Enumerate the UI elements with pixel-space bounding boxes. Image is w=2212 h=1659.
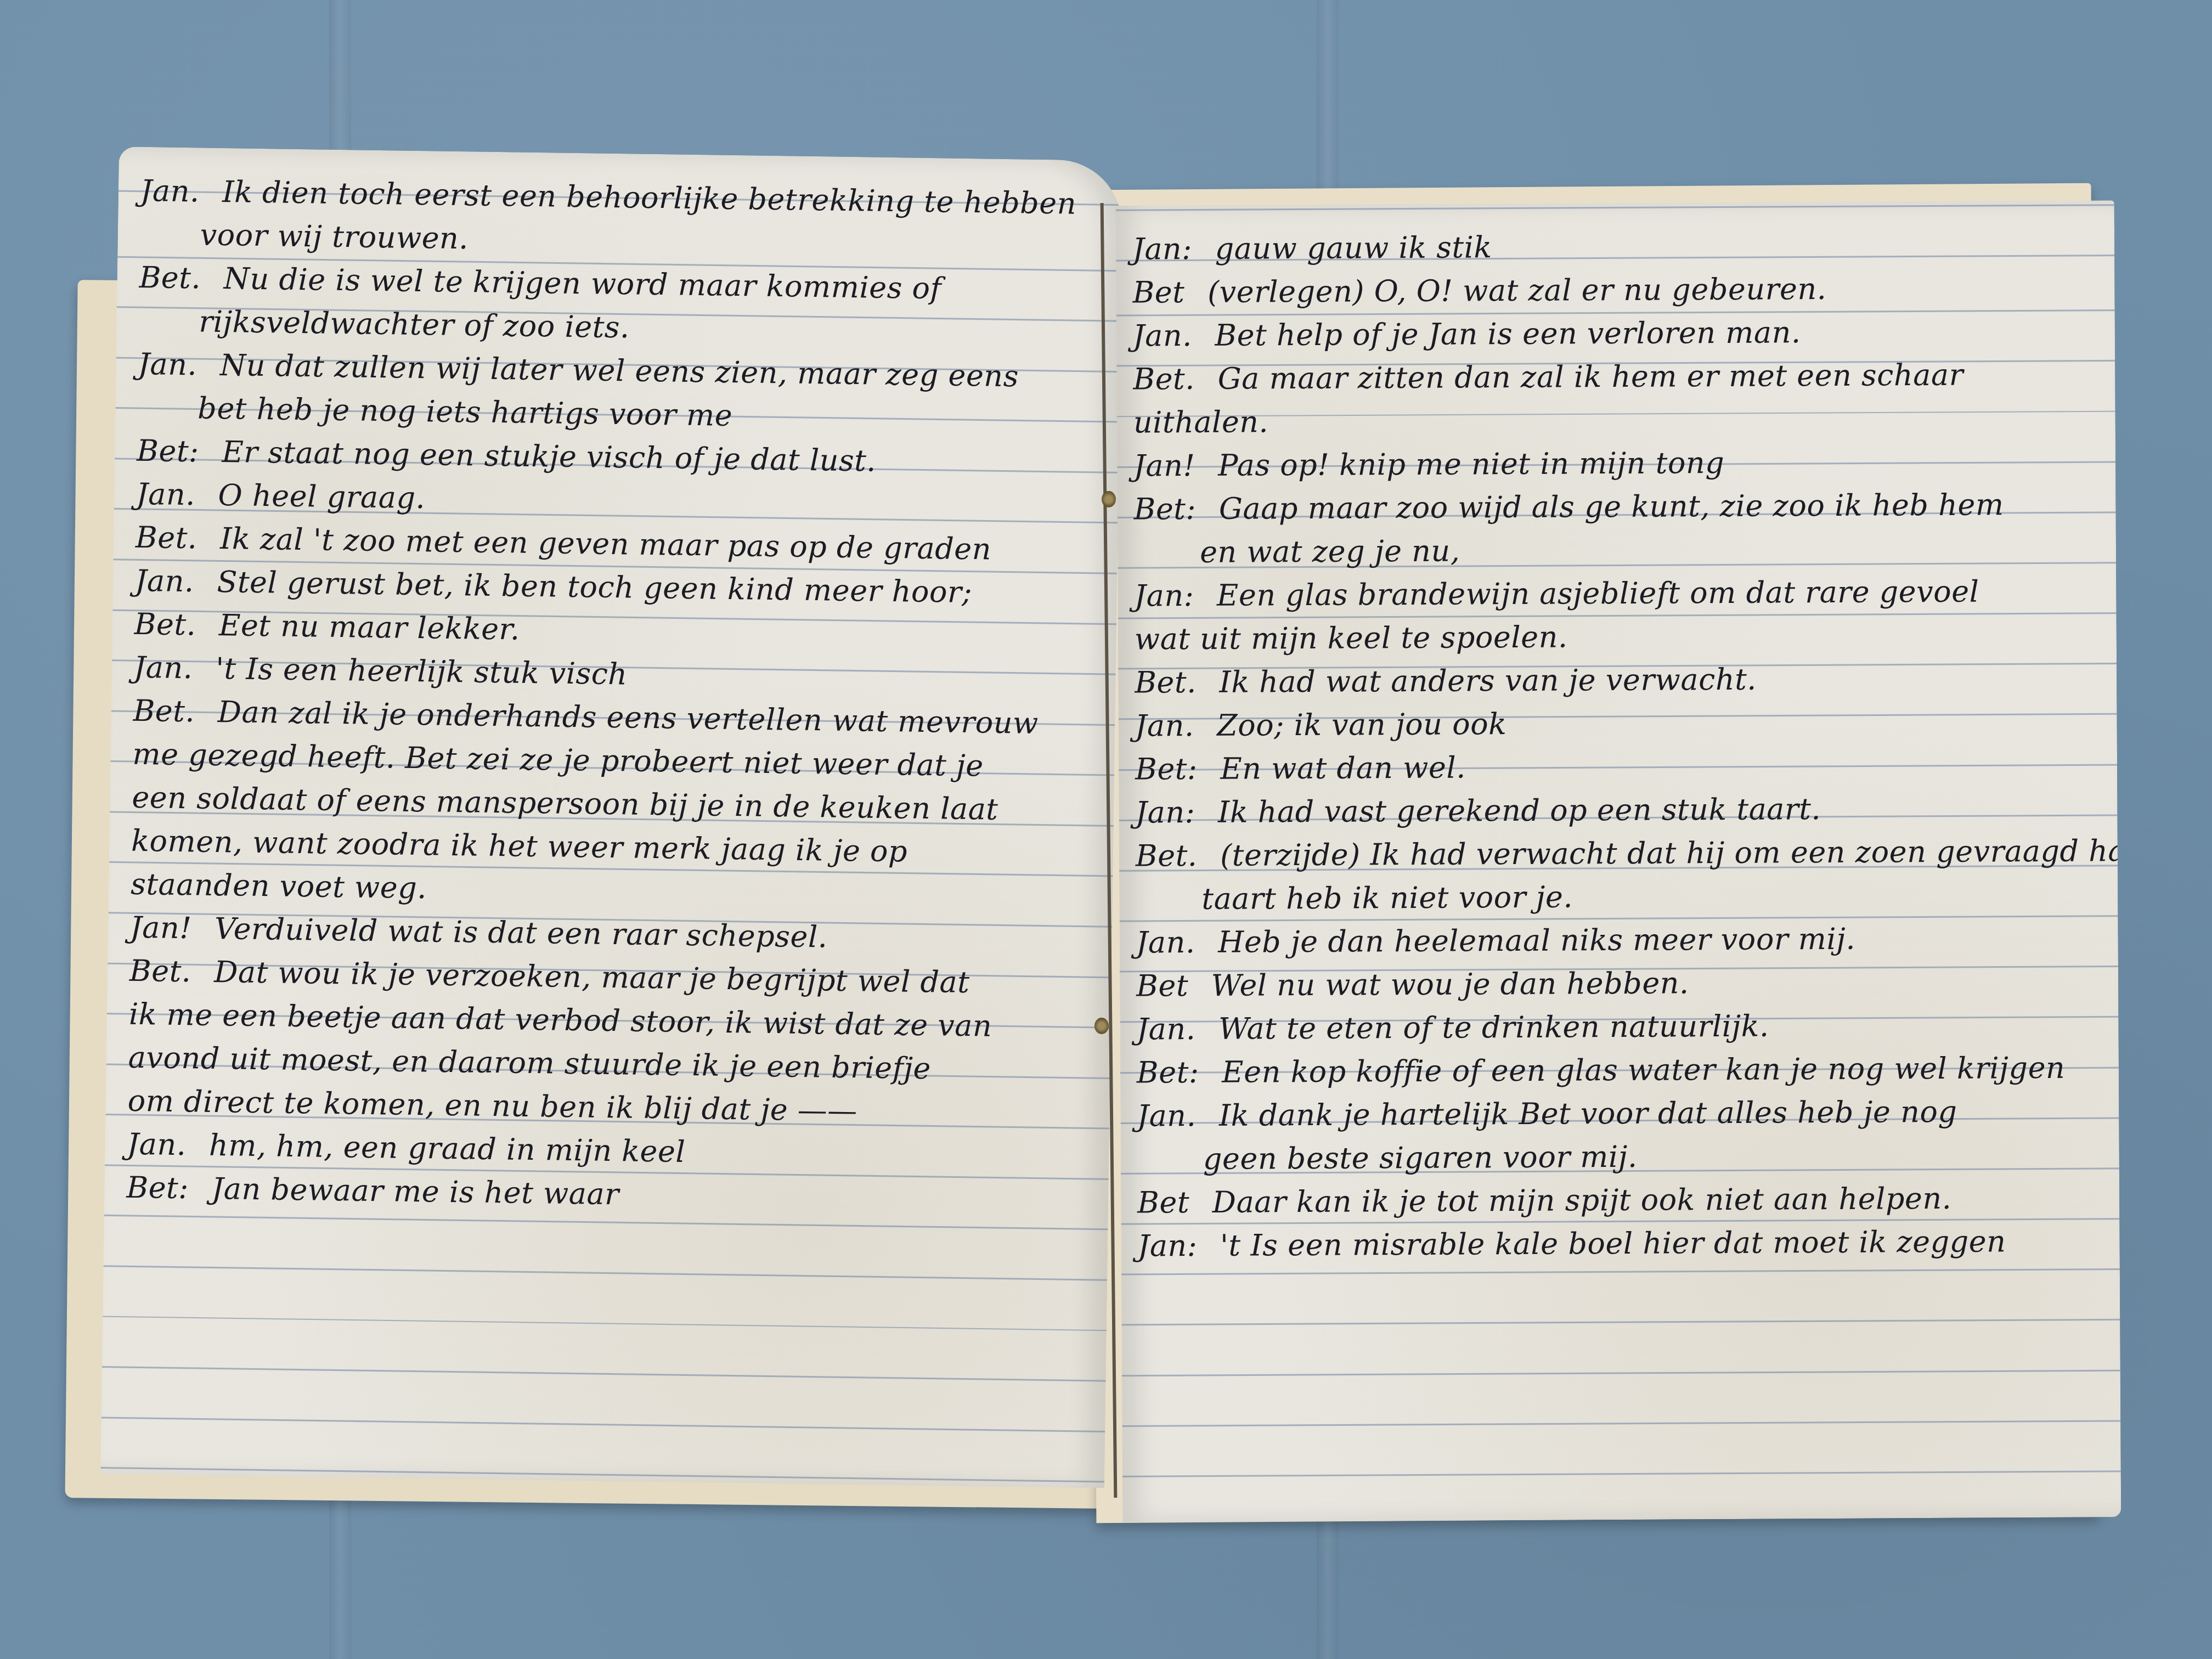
dialogue-text: rijksveldwachter of zoo iets.: [199, 304, 630, 345]
right-page: Jan: gauw gauw ik stik Bet (verlegen) O,…: [1116, 200, 2121, 1522]
speaker-label: Jan!: [1133, 448, 1195, 483]
handwritten-line: Bet: Gaap maar zoo wijd als ge kunt, zie…: [1117, 482, 2115, 531]
dialogue-text: een soldaat of eens manspersoon bij je i…: [132, 780, 998, 827]
dialogue-text: 't Is een misrable kale boel hier dat mo…: [1220, 1224, 2006, 1262]
dialogue-text: om direct te komen, en nu ben ik blij da…: [127, 1084, 857, 1128]
dialogue-text: staanden voet weg.: [131, 867, 427, 906]
speaker-label: Jan.: [140, 173, 200, 208]
handwritten-line: Bet. (terzijde) Ik had verwacht dat hij …: [1119, 829, 2118, 878]
dialogue-text: bet heb je nog iets hartigs voor me: [198, 391, 733, 433]
dialogue-text: Ik dien toch eerst een behoorlijke betre…: [222, 174, 1077, 221]
handwritten-line: geen beste sigaren voor mij.: [1121, 1132, 2119, 1181]
left-page-text: Jan. Ik dien toch eerst een behoorlijke …: [104, 168, 1122, 1222]
dialogue-text: uithalen.: [1133, 404, 1269, 439]
speaker-label: Bet.: [1136, 838, 1198, 873]
handwritten-line: Jan. Wat te eten of te drinken natuurlij…: [1120, 1002, 2118, 1051]
handwritten-line: Bet Wel nu wat wou je dan hebben.: [1120, 959, 2118, 1008]
handwritten-line: en wat zeg je nu,: [1118, 526, 2116, 574]
speaker-label: Jan.: [1136, 925, 1195, 960]
speaker-label: Bet:: [126, 1170, 189, 1206]
dialogue-text: Wel nu wat wou je dan hebben.: [1211, 966, 1689, 1003]
speaker-label: Jan.: [1136, 1012, 1195, 1047]
dialogue-text: Pas op! knip me niet in mijn tong: [1218, 445, 1724, 483]
speaker-label: Jan!: [130, 910, 192, 946]
dialogue-text: Zoo; ik van jou ook: [1217, 707, 1506, 743]
speaker-label: Bet.: [134, 607, 196, 642]
dialogue-text: Ik dank je hartelijk Bet voor dat alles …: [1219, 1094, 1957, 1133]
dialogue-text: avond uit moest, en daarom stuurde ik je…: [128, 1040, 931, 1086]
handwritten-line: Bet. Ik had wat anders van je verwacht.: [1118, 656, 2117, 704]
speaker-label: Bet.: [1135, 665, 1197, 700]
dialogue-text: (verlegen) O, O! wat zal er nu gebeuren.: [1207, 272, 1827, 309]
handwritten-line: Jan. Ik dank je hartelijk Bet voor dat a…: [1120, 1089, 2119, 1138]
handwritten-line: Jan! Pas op! knip me niet in mijn tong: [1117, 439, 2115, 488]
speaker-label: Jan.: [127, 1127, 187, 1162]
handwritten-line: Jan: Ik had vast gerekend op een stuk ta…: [1119, 786, 2117, 834]
speaker-label: Jan.: [136, 477, 196, 512]
dialogue-text: geen beste sigaren voor mij.: [1203, 1139, 1638, 1176]
handwritten-line: taart heb ik niet voor je.: [1119, 872, 2118, 921]
dialogue-text: Ik had wat anders van je verwacht.: [1219, 662, 1757, 699]
speaker-label: Jan.: [135, 563, 195, 599]
dialogue-text: Wat te eten of te drinken natuurlijk.: [1218, 1009, 1769, 1046]
speaker-label: Bet: [1132, 275, 1184, 309]
dialogue-text: me gezegd heeft. Bet zei ze je probeert …: [132, 737, 984, 783]
dialogue-text: ik me een beetje aan dat verbod stoor, i…: [128, 997, 992, 1043]
speaker-label: Bet.: [1133, 362, 1195, 397]
dialogue-text: 't Is een heerlijk stuk visch: [216, 651, 628, 691]
dialogue-text: komen, want zoodra ik het weer merk jaag…: [131, 823, 908, 869]
dialogue-text: Jan bewaar me is het waar: [211, 1171, 619, 1211]
speaker-label: Bet:: [1133, 492, 1196, 527]
handwritten-line: Jan. Zoo; ik van jou ook: [1118, 699, 2117, 748]
dialogue-text: Verduiveld wat is dat een raar schepsel.: [215, 911, 828, 955]
speaker-label: Bet:: [1137, 1055, 1199, 1090]
speaker-label: Bet.: [129, 953, 191, 989]
dialogue-text: Dan zal ik je onderhands eens vertellen …: [217, 695, 1039, 741]
dialogue-text: Daar kan ik je tot mijn spijt ook niet a…: [1212, 1181, 1952, 1220]
dialogue-text: Een glas brandewijn asjeblieft om dat ra…: [1217, 574, 1979, 613]
handwritten-line: Bet (verlegen) O, O! wat zal er nu gebeu…: [1116, 266, 2114, 314]
handwritten-line: Bet: En wat dan wel.: [1119, 742, 2117, 791]
dialogue-text: (terzijde) Ik had verwacht dat hij om ee…: [1220, 833, 2121, 873]
handwritten-line: Jan: gauw gauw ik stik: [1116, 222, 2114, 271]
dialogue-text: Ga maar zitten dan zal ik hem er met een…: [1217, 358, 1963, 396]
handwritten-line: Jan. Bet help of je Jan is een verloren …: [1116, 309, 2115, 358]
dialogue-text: Heb je dan heelemaal niks meer voor mij.: [1218, 922, 1855, 960]
speaker-label: Bet:: [137, 433, 199, 469]
speaker-label: Bet.: [136, 520, 198, 556]
dialogue-text: Ik had vast gerekend op een stuk taart.: [1218, 792, 1821, 830]
speaker-label: Jan:: [1132, 232, 1192, 267]
handwritten-line: Jan: Een glas brandewijn asjeblieft om d…: [1118, 569, 2116, 618]
dialogue-text: O heel graag.: [218, 478, 425, 515]
staple: [1102, 491, 1116, 507]
dialogue-text: Nu dat zullen wij later wel eens zien, m…: [219, 348, 1019, 393]
speaker-label: Jan:: [1137, 1228, 1197, 1263]
speaker-label: Jan.: [1135, 708, 1194, 743]
dialogue-text: wat uit mijn keel te spoelen.: [1135, 619, 1568, 656]
staple: [1094, 1018, 1109, 1034]
handwritten-line: Bet. Ga maar zitten dan zal ik hem er me…: [1116, 352, 2115, 401]
speaker-label: Jan.: [138, 347, 198, 382]
speaker-label: Bet:: [1135, 752, 1198, 787]
dialogue-text: gauw gauw ik stik: [1215, 230, 1492, 266]
speaker-label: Jan:: [1134, 578, 1194, 613]
speaker-label: Bet: [1136, 968, 1188, 1003]
dialogue-text: En wat dan wel.: [1220, 750, 1466, 786]
handwritten-line: uithalen.: [1117, 396, 2115, 444]
handwritten-line: Bet: Een kop koffie of een glas water ka…: [1120, 1046, 2119, 1094]
handwritten-line: Bet Daar kan ik je tot mijn spijt ook ni…: [1121, 1176, 2119, 1224]
speaker-label: Jan.: [133, 650, 193, 685]
dialogue-text: Dat wou ik je verzoeken, maar je begrijp…: [214, 955, 970, 1000]
dialogue-text: Er staat nog een stukje visch of je dat …: [222, 435, 876, 478]
speaker-label: Bet: [1137, 1185, 1189, 1220]
speaker-label: Bet.: [139, 260, 201, 296]
dialogue-text: Stel gerust bet, ik ben toch geen kind m…: [217, 565, 972, 610]
handwritten-line: Jan: 't Is een misrable kale boel hier d…: [1121, 1219, 2119, 1268]
dialogue-text: hm, hm, een graad in mijn keel: [209, 1128, 686, 1169]
speaker-label: Jan.: [1133, 318, 1192, 353]
dialogue-text: voor wij trouwen.: [200, 217, 469, 256]
dialogue-text: Gaap maar zoo wijd als ge kunt, zie zoo …: [1219, 487, 2004, 526]
speaker-label: Jan:: [1135, 795, 1195, 830]
dialogue-text: Eet nu maar lekker.: [219, 608, 521, 647]
left-page: Jan. Ik dien toch eerst een behoorlijke …: [100, 146, 1123, 1488]
dialogue-text: Bet help of je Jan is een verloren man.: [1215, 315, 1801, 353]
dialogue-text: taart heb ik niet voor je.: [1201, 879, 1573, 916]
speaker-label: Jan.: [1137, 1098, 1196, 1133]
dialogue-text: Ik zal 't zoo met een geven maar pas op …: [220, 521, 992, 567]
handwritten-line: wat uit mijn keel te spoelen.: [1118, 612, 2117, 661]
dialogue-text: Een kop koffie of een glas water kan je …: [1222, 1051, 2065, 1090]
dialogue-text: en wat zeg je nu,: [1200, 534, 1460, 569]
right-page-text: Jan: gauw gauw ik stik Bet (verlegen) O,…: [1116, 222, 2120, 1268]
handwritten-line: Jan. Heb je dan heelemaal niks meer voor…: [1120, 916, 2118, 964]
dialogue-text: Nu die is wel te krijgen word maar kommi…: [223, 261, 941, 306]
speaker-label: Bet.: [133, 693, 195, 729]
